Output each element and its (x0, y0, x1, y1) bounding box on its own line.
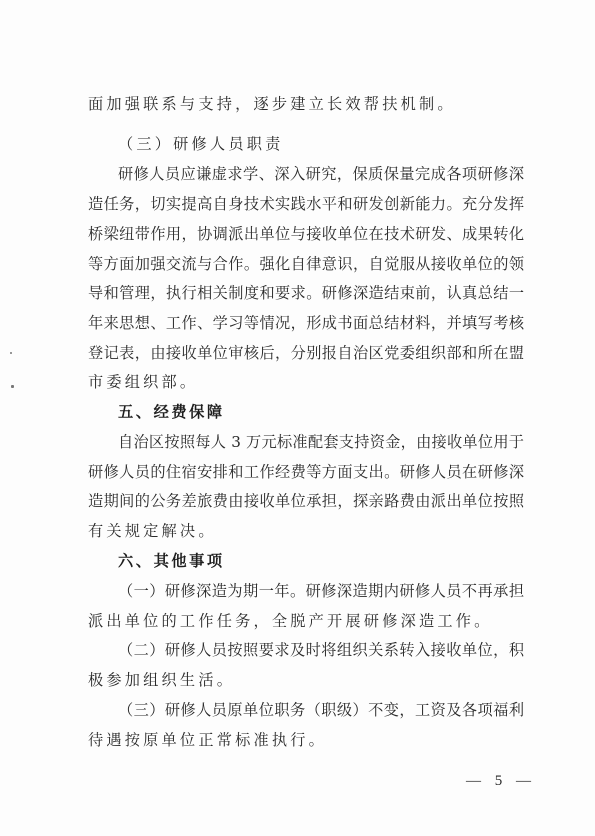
text-line: 待遇按原单位正常标准执行。 (88, 730, 524, 750)
section-heading: 六、其他事项 (118, 551, 524, 571)
scan-artifact-mark (11, 385, 14, 388)
text-line: （二）研修人员按照要求及时将组织关系转入接收单位，积 (118, 640, 524, 660)
text-line: （一）研修深造为期一年。研修深造期内研修人员不再承担 (118, 581, 524, 601)
section-heading: 五、经费保障 (118, 402, 524, 422)
text-line: 造任务，切实提高自身技术实践水平和研发创新能力。充分发挥 (88, 194, 524, 214)
page-number: — 5 — (466, 773, 536, 790)
text-line: 研修人员应谦虚求学、深入研究，保质保量完成各项研修深 (118, 164, 524, 184)
text-line: 极参加组织生活。 (88, 670, 524, 690)
text-line: 自治区按照每人 3 万元标准配套支持资金，由接收单位用于 (118, 432, 524, 452)
text-line: 研修人员的住宿安排和工作经费等方面支出。研修人员在研修深 (88, 462, 524, 482)
text-line: 有关规定解决。 (88, 521, 524, 541)
text-line: 造期间的公务差旅费由接收单位承担，探亲路费由派出单位按照 (88, 491, 524, 511)
text-line: 导和管理，执行相关制度和要求。研修深造结束前，认真总结一 (88, 283, 524, 303)
text-line: 年来思想、工作、学习等情况，形成书面总结材料，并填写考核 (88, 313, 524, 333)
text-line: 市委组织部。 (88, 372, 524, 392)
text-line: 派出单位的工作任务，全脱产开展研修深造工作。 (88, 611, 524, 631)
text-line: （三）研修人员原单位职务（职级）不变，工资及各项福利 (118, 700, 524, 720)
scan-artifact-mark (10, 352, 12, 354)
text-line: 登记表，由接收单位审核后，分别报自治区党委组织部和所在盟 (88, 343, 524, 363)
text-line: 面加强联系与支持，逐步建立长效帮扶机制。 (88, 94, 524, 114)
document-page: 面加强联系与支持，逐步建立长效帮扶机制。（三）研修人员职责研修人员应谦虚求学、深… (0, 0, 595, 836)
text-line: 等方面加强交流与合作。强化自律意识，自觉服从接收单位的领 (88, 254, 524, 274)
text-line: （三）研修人员职责 (118, 134, 524, 154)
text-line: 桥梁纽带作用，协调派出单位与接收单位在技术研发、成果转化 (88, 224, 524, 244)
